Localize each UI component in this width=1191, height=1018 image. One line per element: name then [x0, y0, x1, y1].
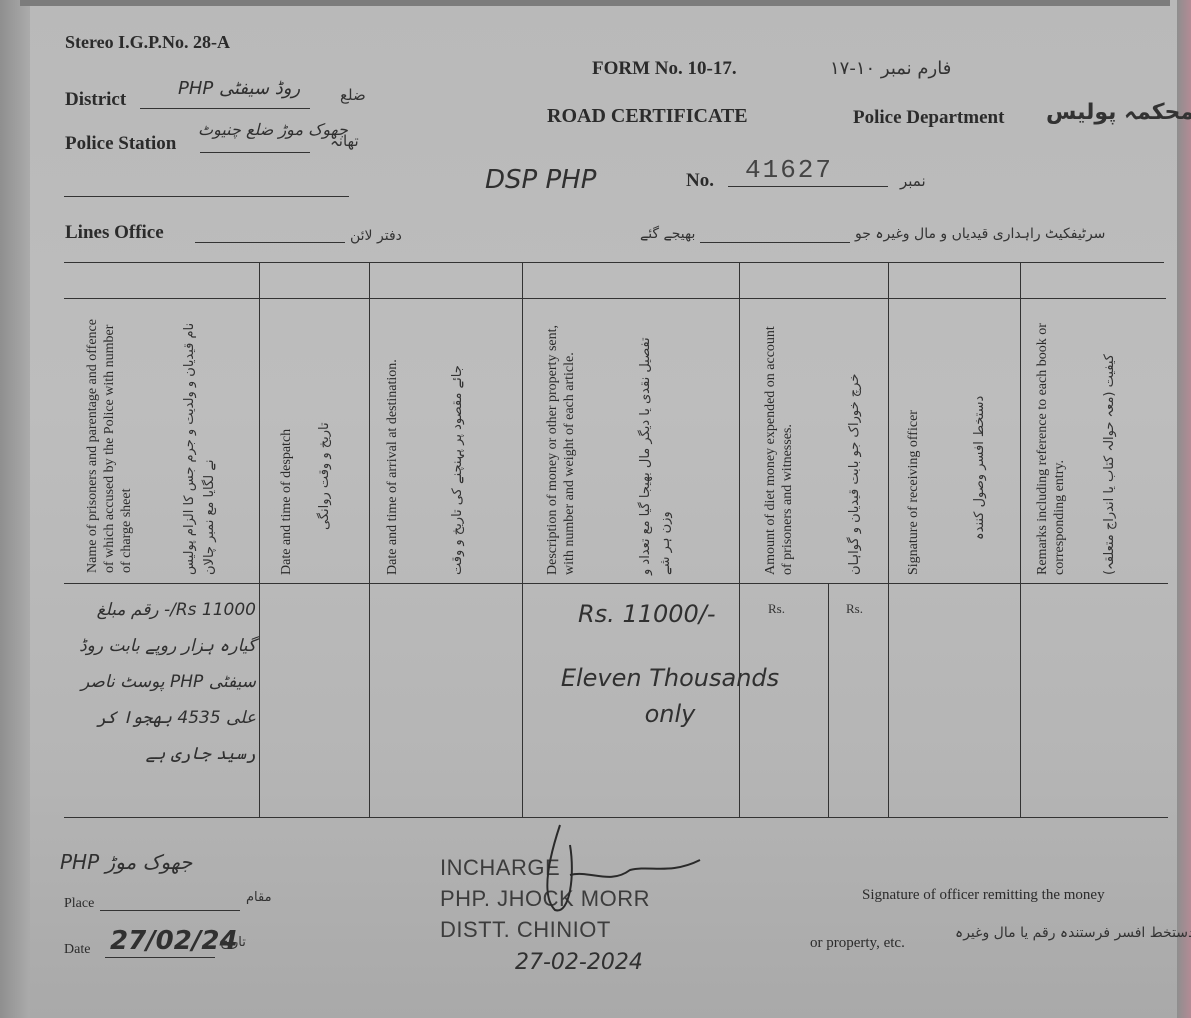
sent-urdu: بھیجے گئے — [640, 226, 695, 242]
table-header-top-border — [64, 298, 1166, 299]
certificate-number: 41627 — [745, 155, 833, 185]
stamp-date: 27-02-2024 — [515, 950, 643, 975]
date-underline — [105, 957, 215, 958]
date-urdu: تاریخ — [220, 935, 246, 950]
date-value: 27/02/24 — [110, 926, 238, 956]
column-divider — [828, 583, 829, 818]
column-header-arrival: Date and time of arrival at destination. — [384, 340, 424, 575]
district-urdu-label: ضلع — [340, 86, 366, 104]
lines-office-urdu: دفتر لائن — [350, 228, 402, 244]
place-value: PHP جھوک موڑ — [60, 850, 192, 874]
column-divider — [1020, 262, 1021, 818]
police-station-urdu-label: تھانہ — [330, 132, 359, 150]
property-amount-words: Eleven Thousands only — [550, 660, 790, 732]
column-header-arrival-urdu: جائے مقصود پر پہنچنے کی تاریخ و وقت — [448, 335, 472, 575]
column-divider — [369, 262, 370, 818]
page-top-edge — [20, 0, 1170, 6]
place-underline — [100, 910, 240, 911]
district-value: PHP روڈ سیفٹی — [178, 78, 300, 99]
form-number-urdu: فارم نمبر ۱۰-۱۷ — [830, 58, 951, 79]
column-header-remarks-urdu: کیفیت (معہ حوالہ کتاب یا اندراج متعلقہ) — [1100, 315, 1146, 575]
diet-money-rs: Rs. — [768, 601, 785, 617]
column-header-despatch: Date and time of despatch — [278, 345, 298, 575]
date-label: Date — [64, 942, 90, 958]
signature-scribble-icon — [520, 815, 720, 925]
column-divider — [259, 262, 260, 818]
column-header-despatch-urdu: تاریخ و وقت روانگی — [315, 380, 339, 530]
column-header-prisoners: Name of prisoners and parentage and offe… — [84, 318, 159, 573]
column-divider — [888, 262, 889, 818]
number-underline — [728, 186, 888, 187]
number-urdu: نمبر — [900, 172, 926, 190]
place-label: Place — [64, 896, 94, 912]
table-top-border — [64, 262, 1164, 263]
column-header-prisoners-urdu: نام قیدیان و ولدیت و جرم جس کا الزام پول… — [180, 315, 240, 575]
stereo-number: Stereo I.G.P.No. 28-A — [65, 32, 230, 53]
lines-office-underline — [195, 242, 345, 243]
road-certificate-form: Stereo I.G.P.No. 28-A District PHP روڈ س… — [0, 0, 1191, 1018]
column-header-remarks: Remarks including reference to each book… — [1034, 315, 1096, 575]
police-station-underline — [200, 152, 310, 153]
place-urdu: مقام — [246, 890, 272, 905]
form-title: ROAD CERTIFICATE — [547, 105, 748, 128]
police-station-label: Police Station — [65, 133, 176, 155]
district-underline — [140, 108, 310, 109]
police-station-value: جھوک موڑ ضلع چنیوٹ — [198, 120, 348, 139]
page-right-edge — [1177, 0, 1191, 1018]
page-left-edge — [0, 0, 30, 1018]
signature-urdu: دستخط افسر فرستندہ رقم یا مال وغیرہ — [955, 925, 1191, 941]
column-header-receiving-signature: Signature of receiving officer — [905, 385, 945, 575]
prisoner-entry: Rs 11000/- رقم مبلغ گیارہ ہزار روپے بابت… — [66, 592, 256, 772]
lines-office-label: Lines Office — [65, 222, 164, 244]
diet-money-rs-2: Rs. — [846, 601, 863, 617]
column-divider — [522, 262, 523, 818]
column-header-property: Description of money or other property s… — [544, 318, 608, 575]
number-label: No. — [686, 170, 714, 192]
signature-label: Signature of officer remitting the money — [862, 887, 1105, 904]
column-header-diet-money: Amount of diet money expended on account… — [762, 318, 824, 575]
column-header-diet-money-urdu: خرچ خوراک جو بابت قیدیان و گواہان — [845, 310, 873, 575]
department-urdu: محکمہ پولیس — [1046, 100, 1191, 125]
form-number: FORM No. 10-17. — [592, 58, 737, 80]
certificate-urdu: سرٹیفکیٹ راہداری قیدیاں و مال وغیرہ جو — [855, 226, 1105, 242]
column-header-property-urdu: تفصیل نقدی یا دیگر مال بھیجا گیا مع تعدا… — [636, 325, 686, 575]
sent-underline — [700, 242, 850, 243]
signature-label-2: or property, etc. — [810, 935, 905, 952]
handwritten-note: DSP PHP — [485, 165, 596, 195]
department-label: Police Department — [853, 107, 1004, 129]
table-header-bottom-border — [64, 583, 1168, 584]
column-divider — [739, 262, 740, 818]
blank-line — [64, 196, 349, 197]
column-header-receiving-signature-urdu: دستخط افسر وصول کنندہ — [970, 380, 994, 540]
district-label: District — [65, 89, 126, 111]
property-amount: Rs. 11000/- — [578, 600, 716, 628]
